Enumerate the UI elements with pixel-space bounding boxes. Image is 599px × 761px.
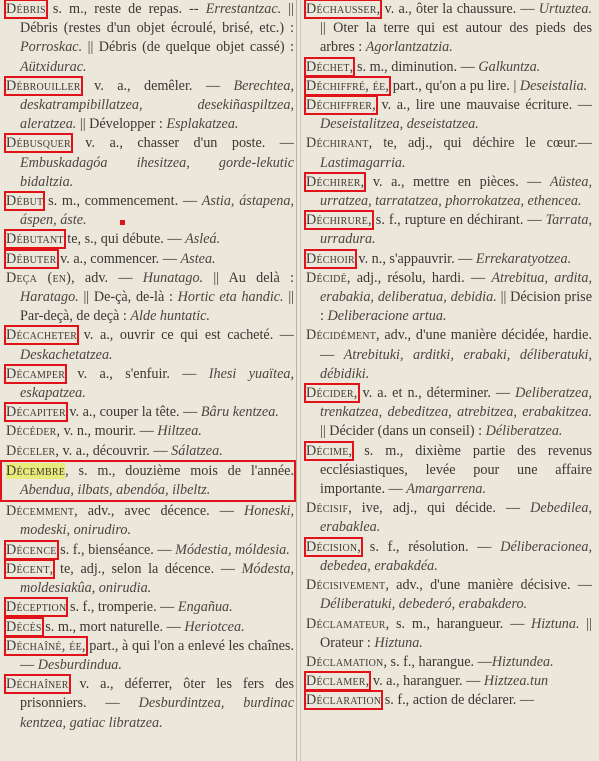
entry-declaration: Déclaration s. f., action de déclarer. — <box>306 691 592 710</box>
headword: Débuter <box>6 251 57 267</box>
entry-deces: Décès s. m., mort naturelle. — Heriotcea… <box>6 618 294 637</box>
headword: Décès <box>6 619 42 635</box>
headword: Décidément <box>306 327 376 343</box>
headword: Déchiffrer, <box>306 97 376 113</box>
headword: Décisivement <box>306 577 385 593</box>
left-column: Débris s. m., reste de repas. -- Erresta… <box>6 0 294 733</box>
headword: Décamper <box>6 366 65 382</box>
entry-dechirer: Déchirer, v. a., mettre en pièces. — Aüs… <box>306 173 592 211</box>
entry-decembre-highlighted: Décembre, s. m., douzième mois de l'anné… <box>2 462 294 500</box>
entry-dechausser: Déchausser, v. a., ôter la chaussure. — … <box>306 0 592 58</box>
entry-dechet: Déchet, s. m., diminution. — Galkuntza. <box>306 58 592 77</box>
headword: Débrouiller <box>6 78 81 94</box>
entry-declamateur: Déclamateur, s. m., harangueur. — Hiztun… <box>306 615 592 653</box>
headword: Déclaration <box>306 692 381 708</box>
red-marker-dot <box>120 220 125 225</box>
headword: Décéder <box>6 423 57 439</box>
entry-dechiffre: Déchiffré, ée, part., qu'on a pu lire. |… <box>306 77 592 96</box>
entry-debusquer: Débusquer v. a., chasser d'un poste. — E… <box>6 134 294 192</box>
entry-dechirant: Déchirant, te, adj., qui déchire le cœur… <box>306 134 592 172</box>
entry-deceder: Décéder, v. n., mourir. — Hiltzea. <box>6 422 294 441</box>
entry-decime: Décime, s. m., dixième partie des revenu… <box>306 442 592 500</box>
headword: Déclamateur <box>306 616 386 632</box>
entry-decisif: Décisif, ive, adj., qui décide. — Debedi… <box>306 499 592 537</box>
entry-declamer: Déclamer, v. a., haranguer. — Hiztzea.tu… <box>306 672 592 691</box>
entry-deception: Déception s. f., tromperie. — Engañua. <box>6 598 294 617</box>
headword: Débutant <box>6 231 64 247</box>
column-divider <box>296 0 301 761</box>
entry-dechiffrer: Déchiffrer, v. a., lire une mauvaise écr… <box>306 96 592 134</box>
headword: Déclamation <box>306 654 383 670</box>
headword-highlighted: Décembre <box>6 463 65 479</box>
headword: Décidé <box>306 270 347 286</box>
entry-decence: Décence s. f., bienséance. — Módestia, m… <box>6 541 294 560</box>
headword: Déchoir <box>306 251 355 267</box>
headword: Décent, <box>6 561 53 577</box>
headword: Déchirure, <box>306 212 372 228</box>
entry-debuter: Débuter v. a., commencer. — Astea. <box>6 250 294 269</box>
headword: Déclamer, <box>306 673 369 689</box>
headword: Décider, <box>306 385 358 401</box>
headword: Déchiffré, ée, <box>306 78 389 94</box>
headword: Décacheter <box>6 327 77 343</box>
entry-deca: Deça (en), adv. — Hunatago. || Au delà :… <box>6 269 294 327</box>
entry-dechaine: Déchaîné, ée, part., à qui l'on a enlevé… <box>6 637 294 675</box>
headword: Décision, <box>306 539 361 555</box>
headword: Débris <box>6 1 46 17</box>
headword: Déchirant <box>306 135 369 151</box>
entry-decacheter: Décacheter v. a., ouvrir ce qui est cach… <box>6 326 294 364</box>
headword: Débusquer <box>6 135 71 151</box>
entry-decent: Décent, te, adj., selon la décence. — Mó… <box>6 560 294 598</box>
headword: Décime, <box>306 443 352 459</box>
entry-debut: Début s. m., commencement. — Astia, ásta… <box>6 192 294 230</box>
entry-decisivement: Décisivement, adv., d'une manière décisi… <box>306 576 592 614</box>
entry-decide: Décidé, adj., résolu, hardi. — Atrebitua… <box>306 269 592 327</box>
headword: Décapiter <box>6 404 66 420</box>
headword: Décisif <box>306 500 348 516</box>
right-column: Déchausser, v. a., ôter la chaussure. — … <box>306 0 592 711</box>
entry-dechainer: Déchaîner v. a., déferrer, ôter les fers… <box>6 675 294 733</box>
entry-debris: Débris s. m., reste de repas. -- Erresta… <box>6 0 294 77</box>
entry-decemment: Décemment, adv., avec décence. — Honeski… <box>6 502 294 540</box>
entry-decamper: Décamper v. a., s'enfuir. — Ihesi yuaïte… <box>6 365 294 403</box>
entry-debutant: Débutant te, s., qui débute. — Asleá. <box>6 230 294 249</box>
headword: Début <box>6 193 43 209</box>
headword: Déchet, <box>306 59 353 75</box>
entry-decidement: Décidément, adv., d'une manière décidée,… <box>306 326 592 384</box>
entry-decider: Décider, v. a. et n., déterminer. — Deli… <box>306 384 592 442</box>
headword: Déchaîné, ée, <box>6 638 86 654</box>
entry-decision: Décision, s. f., résolution. — Déliberac… <box>306 538 592 576</box>
entry-debrouiller: Débrouiller v. a., demêler. — Berechtea,… <box>6 77 294 135</box>
headword: Décence <box>6 542 57 558</box>
headword: Deça (en) <box>6 270 71 286</box>
headword: Déceler <box>6 443 55 459</box>
entry-dechoir: Déchoir v. n., s'appauvrir. — Errekaraty… <box>306 250 592 269</box>
headword: Déchausser, <box>306 1 380 17</box>
entry-dechirure: Déchirure, s. f., rupture en déchirant. … <box>306 211 592 249</box>
headword: Déchirer, <box>306 174 364 190</box>
headword: Déception <box>6 599 66 615</box>
headword: Déchaîner <box>6 676 69 692</box>
entry-decapiter: Décapiter v. a., couper la tête. — Bâru … <box>6 403 294 422</box>
entry-declamation: Déclamation, s. f., harangue. —Hiztundea… <box>306 653 592 672</box>
dictionary-page: Débris s. m., reste de repas. -- Erresta… <box>0 0 599 761</box>
entry-deceler: Déceler, v. a., découvrir. — Sálatzea. <box>6 442 294 461</box>
headword: Décemment <box>6 503 74 519</box>
